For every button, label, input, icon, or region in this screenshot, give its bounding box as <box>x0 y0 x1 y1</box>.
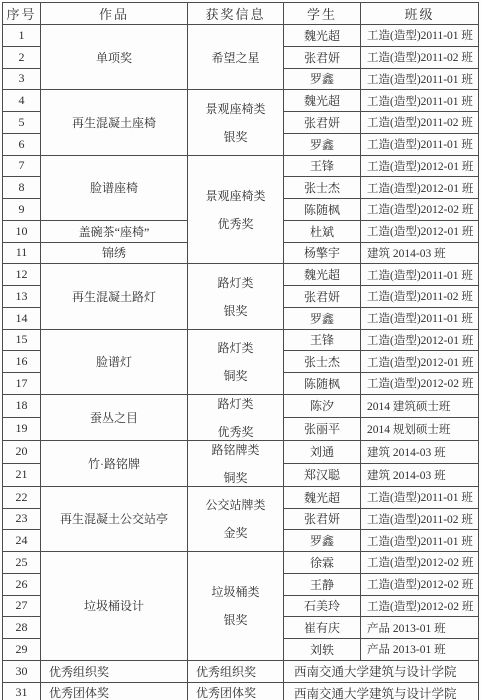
award-line: 路灯类 <box>188 395 283 412</box>
award-cell: 优秀团体奖 <box>188 682 284 700</box>
class-cell: 工造(造型)2012-01 班 <box>361 155 479 177</box>
serial-cell: 23 <box>3 508 41 530</box>
serial-cell: 3 <box>3 68 41 90</box>
student-cell: 王静 <box>284 573 361 595</box>
table-row: 12再生混凝土路灯路灯类银奖魏光超工造(造型)2011-01 班 <box>3 264 479 286</box>
award-cell: 景观座椅类银奖 <box>188 90 284 155</box>
student-cell: 张君妍 <box>284 46 361 68</box>
award-table: 序号 作品 获奖信息 学生 班级 1单项奖希望之星魏光超工造(造型)2011-0… <box>2 2 479 700</box>
award-line: 垃圾桶类 <box>188 583 283 600</box>
award-line: 银奖 <box>188 128 283 145</box>
class-cell: 产品 2013-01 班 <box>361 617 479 639</box>
award-line: 金奖 <box>188 524 283 541</box>
serial-cell: 2 <box>3 46 41 68</box>
serial-cell: 15 <box>3 329 41 351</box>
serial-cell: 27 <box>3 595 41 617</box>
work-cell: 盖碗茶“座椅” <box>41 220 188 242</box>
table-row: 30优秀组织奖优秀组织奖西南交通大学建筑与设计学院 <box>3 660 479 682</box>
award-line: 优秀团体奖 <box>196 684 283 700</box>
col-header-award: 获奖信息 <box>188 3 284 25</box>
work-cell: 再生混凝土路灯 <box>41 264 188 329</box>
class-cell: 工造(造型)2011-02 班 <box>361 112 479 134</box>
student-cell: 张士杰 <box>284 177 361 199</box>
student-cell: 魏光超 <box>284 486 361 508</box>
table-row: 7脸谱座椅景观座椅类优秀奖王锋工造(造型)2012-01 班 <box>3 155 479 177</box>
document-page: 序号 作品 获奖信息 学生 班级 1单项奖希望之星魏光超工造(造型)2011-0… <box>0 0 481 700</box>
award-cell: 公交站牌类金奖 <box>188 486 284 551</box>
award-line: 优秀奖 <box>188 423 283 440</box>
table-row: 15脸谱灯路灯类铜奖王锋工造(造型)2012-01 班 <box>3 329 479 351</box>
award-cell: 希望之星 <box>188 25 284 90</box>
class-cell: 建筑 2014-03 班 <box>361 463 479 486</box>
class-cell: 建筑 2014-03 班 <box>361 440 479 463</box>
serial-cell: 6 <box>3 133 41 155</box>
work-cell: 优秀组织奖 <box>41 660 188 682</box>
serial-cell: 25 <box>3 552 41 574</box>
student-cell: 徐霖 <box>284 552 361 574</box>
serial-cell: 21 <box>3 463 41 486</box>
student-cell: 陈汐 <box>284 394 361 417</box>
serial-cell: 20 <box>3 440 41 463</box>
table-header: 序号 作品 获奖信息 学生 班级 <box>3 3 479 25</box>
student-cell: 张君妍 <box>284 286 361 308</box>
serial-cell: 28 <box>3 617 41 639</box>
student-cell: 罗鑫 <box>284 307 361 329</box>
serial-cell: 13 <box>3 286 41 308</box>
work-cell: 锦绣 <box>41 242 188 264</box>
class-cell: 工造(造型)2012-01 班 <box>361 329 479 351</box>
class-cell: 工造(造型)2012-02 班 <box>361 573 479 595</box>
serial-cell: 30 <box>3 660 41 682</box>
award-cell: 路灯类优秀奖 <box>188 394 284 440</box>
student-cell: 魏光超 <box>284 25 361 47</box>
class-cell: 工造(造型)2011-02 班 <box>361 508 479 530</box>
serial-cell: 22 <box>3 486 41 508</box>
table-row: 20竹·路铭牌路铭牌类铜奖刘通建筑 2014-03 班 <box>3 440 479 463</box>
award-line: 铜奖 <box>188 367 283 384</box>
student-cell: 张丽平 <box>284 417 361 440</box>
work-cell: 脸谱灯 <box>41 329 188 394</box>
header-row: 序号 作品 获奖信息 学生 班级 <box>3 3 479 25</box>
student-cell: 张君妍 <box>284 112 361 134</box>
serial-cell: 24 <box>3 530 41 552</box>
class-cell: 工造(造型)2011-01 班 <box>361 307 479 329</box>
serial-cell: 10 <box>3 220 41 242</box>
table-row: 4再生混凝土座椅景观座椅类银奖魏光超工造(造型)2011-01 班 <box>3 90 479 112</box>
class-cell: 2014 建筑硕士班 <box>361 394 479 417</box>
col-header-class: 班级 <box>361 3 479 25</box>
student-cell: 刘通 <box>284 440 361 463</box>
serial-cell: 4 <box>3 90 41 112</box>
class-cell: 工造(造型)2011-02 班 <box>361 286 479 308</box>
serial-cell: 19 <box>3 417 41 440</box>
table-row: 25垃圾桶设计垃圾桶类银奖徐霖工造(造型)2012-02 班 <box>3 552 479 574</box>
institution-cell: 西南交通大学建筑与设计学院 <box>284 660 479 682</box>
serial-cell: 12 <box>3 264 41 286</box>
serial-cell: 31 <box>3 682 41 700</box>
work-cell: 脸谱座椅 <box>41 155 188 220</box>
award-line: 银奖 <box>188 611 283 628</box>
work-cell: 再生混凝土公交站亭 <box>41 486 188 551</box>
student-cell: 郑汉聪 <box>284 463 361 486</box>
student-cell: 魏光超 <box>284 264 361 286</box>
student-cell: 魏光超 <box>284 90 361 112</box>
table-row: 22再生混凝土公交站亭公交站牌类金奖魏光超工造(造型)2011-01 班 <box>3 486 479 508</box>
class-cell: 工造(造型)2011-01 班 <box>361 486 479 508</box>
work-cell: 竹·路铭牌 <box>41 440 188 486</box>
serial-cell: 8 <box>3 177 41 199</box>
student-cell: 杨擎宇 <box>284 242 361 264</box>
serial-cell: 11 <box>3 242 41 264</box>
work-cell: 再生混凝土座椅 <box>41 90 188 155</box>
table-row: 18蚕丛之目路灯类优秀奖陈汐2014 建筑硕士班 <box>3 394 479 417</box>
work-cell: 垃圾桶设计 <box>41 552 188 661</box>
award-cell: 路铭牌类铜奖 <box>188 440 284 486</box>
award-cell: 垃圾桶类银奖 <box>188 552 284 661</box>
class-cell: 2014 规划硕士班 <box>361 417 479 440</box>
institution-cell: 西南交通大学建筑与设计学院 <box>284 682 479 700</box>
award-cell: 路灯类银奖 <box>188 264 284 329</box>
serial-cell: 29 <box>3 639 41 661</box>
serial-cell: 9 <box>3 199 41 221</box>
award-cell: 景观座椅类优秀奖 <box>188 155 284 264</box>
award-line: 路铭牌类 <box>188 441 283 458</box>
serial-cell: 17 <box>3 373 41 395</box>
class-cell: 产品 2013-01 班 <box>361 639 479 661</box>
student-cell: 陈随枫 <box>284 199 361 221</box>
award-line: 路灯类 <box>188 339 283 356</box>
student-cell: 罗鑫 <box>284 133 361 155</box>
class-cell: 工造(造型)2011-01 班 <box>361 90 479 112</box>
class-cell: 工造(造型)2011-01 班 <box>361 530 479 552</box>
award-line: 铜奖 <box>188 469 283 486</box>
award-line: 希望之星 <box>188 49 283 66</box>
student-cell: 张士杰 <box>284 351 361 373</box>
class-cell: 工造(造型)2012-01 班 <box>361 351 479 373</box>
award-cell: 优秀组织奖 <box>188 660 284 682</box>
student-cell: 杜斌 <box>284 220 361 242</box>
class-cell: 工造(造型)2011-01 班 <box>361 264 479 286</box>
col-header-work: 作品 <box>41 3 188 25</box>
col-header-student: 学生 <box>284 3 361 25</box>
col-header-index: 序号 <box>3 3 41 25</box>
award-line: 优秀奖 <box>188 215 283 232</box>
work-cell: 优秀团体奖 <box>41 682 188 700</box>
award-line: 路灯类 <box>188 274 283 291</box>
student-cell: 刘轶 <box>284 639 361 661</box>
work-cell: 蚕丛之目 <box>41 394 188 440</box>
student-cell: 张君妍 <box>284 508 361 530</box>
table-row: 1单项奖希望之星魏光超工造(造型)2011-01 班 <box>3 25 479 47</box>
class-cell: 工造(造型)2012-01 班 <box>361 220 479 242</box>
student-cell: 王锋 <box>284 155 361 177</box>
table-row: 31优秀团体奖优秀团体奖西南交通大学建筑与设计学院 <box>3 682 479 700</box>
class-cell: 工造(造型)2012-01 班 <box>361 177 479 199</box>
serial-cell: 18 <box>3 394 41 417</box>
serial-cell: 5 <box>3 112 41 134</box>
table-body: 1单项奖希望之星魏光超工造(造型)2011-01 班2张君妍工造(造型)2011… <box>3 25 479 700</box>
award-line: 景观座椅类 <box>188 187 283 204</box>
class-cell: 工造(造型)2012-02 班 <box>361 595 479 617</box>
award-line: 景观座椅类 <box>188 100 283 117</box>
class-cell: 工造(造型)2012-02 班 <box>361 199 479 221</box>
award-line: 银奖 <box>188 302 283 319</box>
award-line: 优秀组织奖 <box>196 663 283 680</box>
class-cell: 工造(造型)2012-02 班 <box>361 373 479 395</box>
serial-cell: 1 <box>3 25 41 47</box>
class-cell: 建筑 2014-03 班 <box>361 242 479 264</box>
serial-cell: 26 <box>3 573 41 595</box>
serial-cell: 14 <box>3 307 41 329</box>
award-line: 公交站牌类 <box>188 496 283 513</box>
class-cell: 工造(造型)2011-01 班 <box>361 68 479 90</box>
student-cell: 罗鑫 <box>284 530 361 552</box>
student-cell: 石美玲 <box>284 595 361 617</box>
student-cell: 陈随枫 <box>284 373 361 395</box>
class-cell: 工造(造型)2011-01 班 <box>361 133 479 155</box>
serial-cell: 16 <box>3 351 41 373</box>
student-cell: 王锋 <box>284 329 361 351</box>
class-cell: 工造(造型)2012-02 班 <box>361 552 479 574</box>
class-cell: 工造(造型)2011-02 班 <box>361 46 479 68</box>
student-cell: 崔有庆 <box>284 617 361 639</box>
serial-cell: 7 <box>3 155 41 177</box>
class-cell: 工造(造型)2011-01 班 <box>361 25 479 47</box>
work-cell: 单项奖 <box>41 25 188 90</box>
student-cell: 罗鑫 <box>284 68 361 90</box>
award-cell: 路灯类铜奖 <box>188 329 284 394</box>
